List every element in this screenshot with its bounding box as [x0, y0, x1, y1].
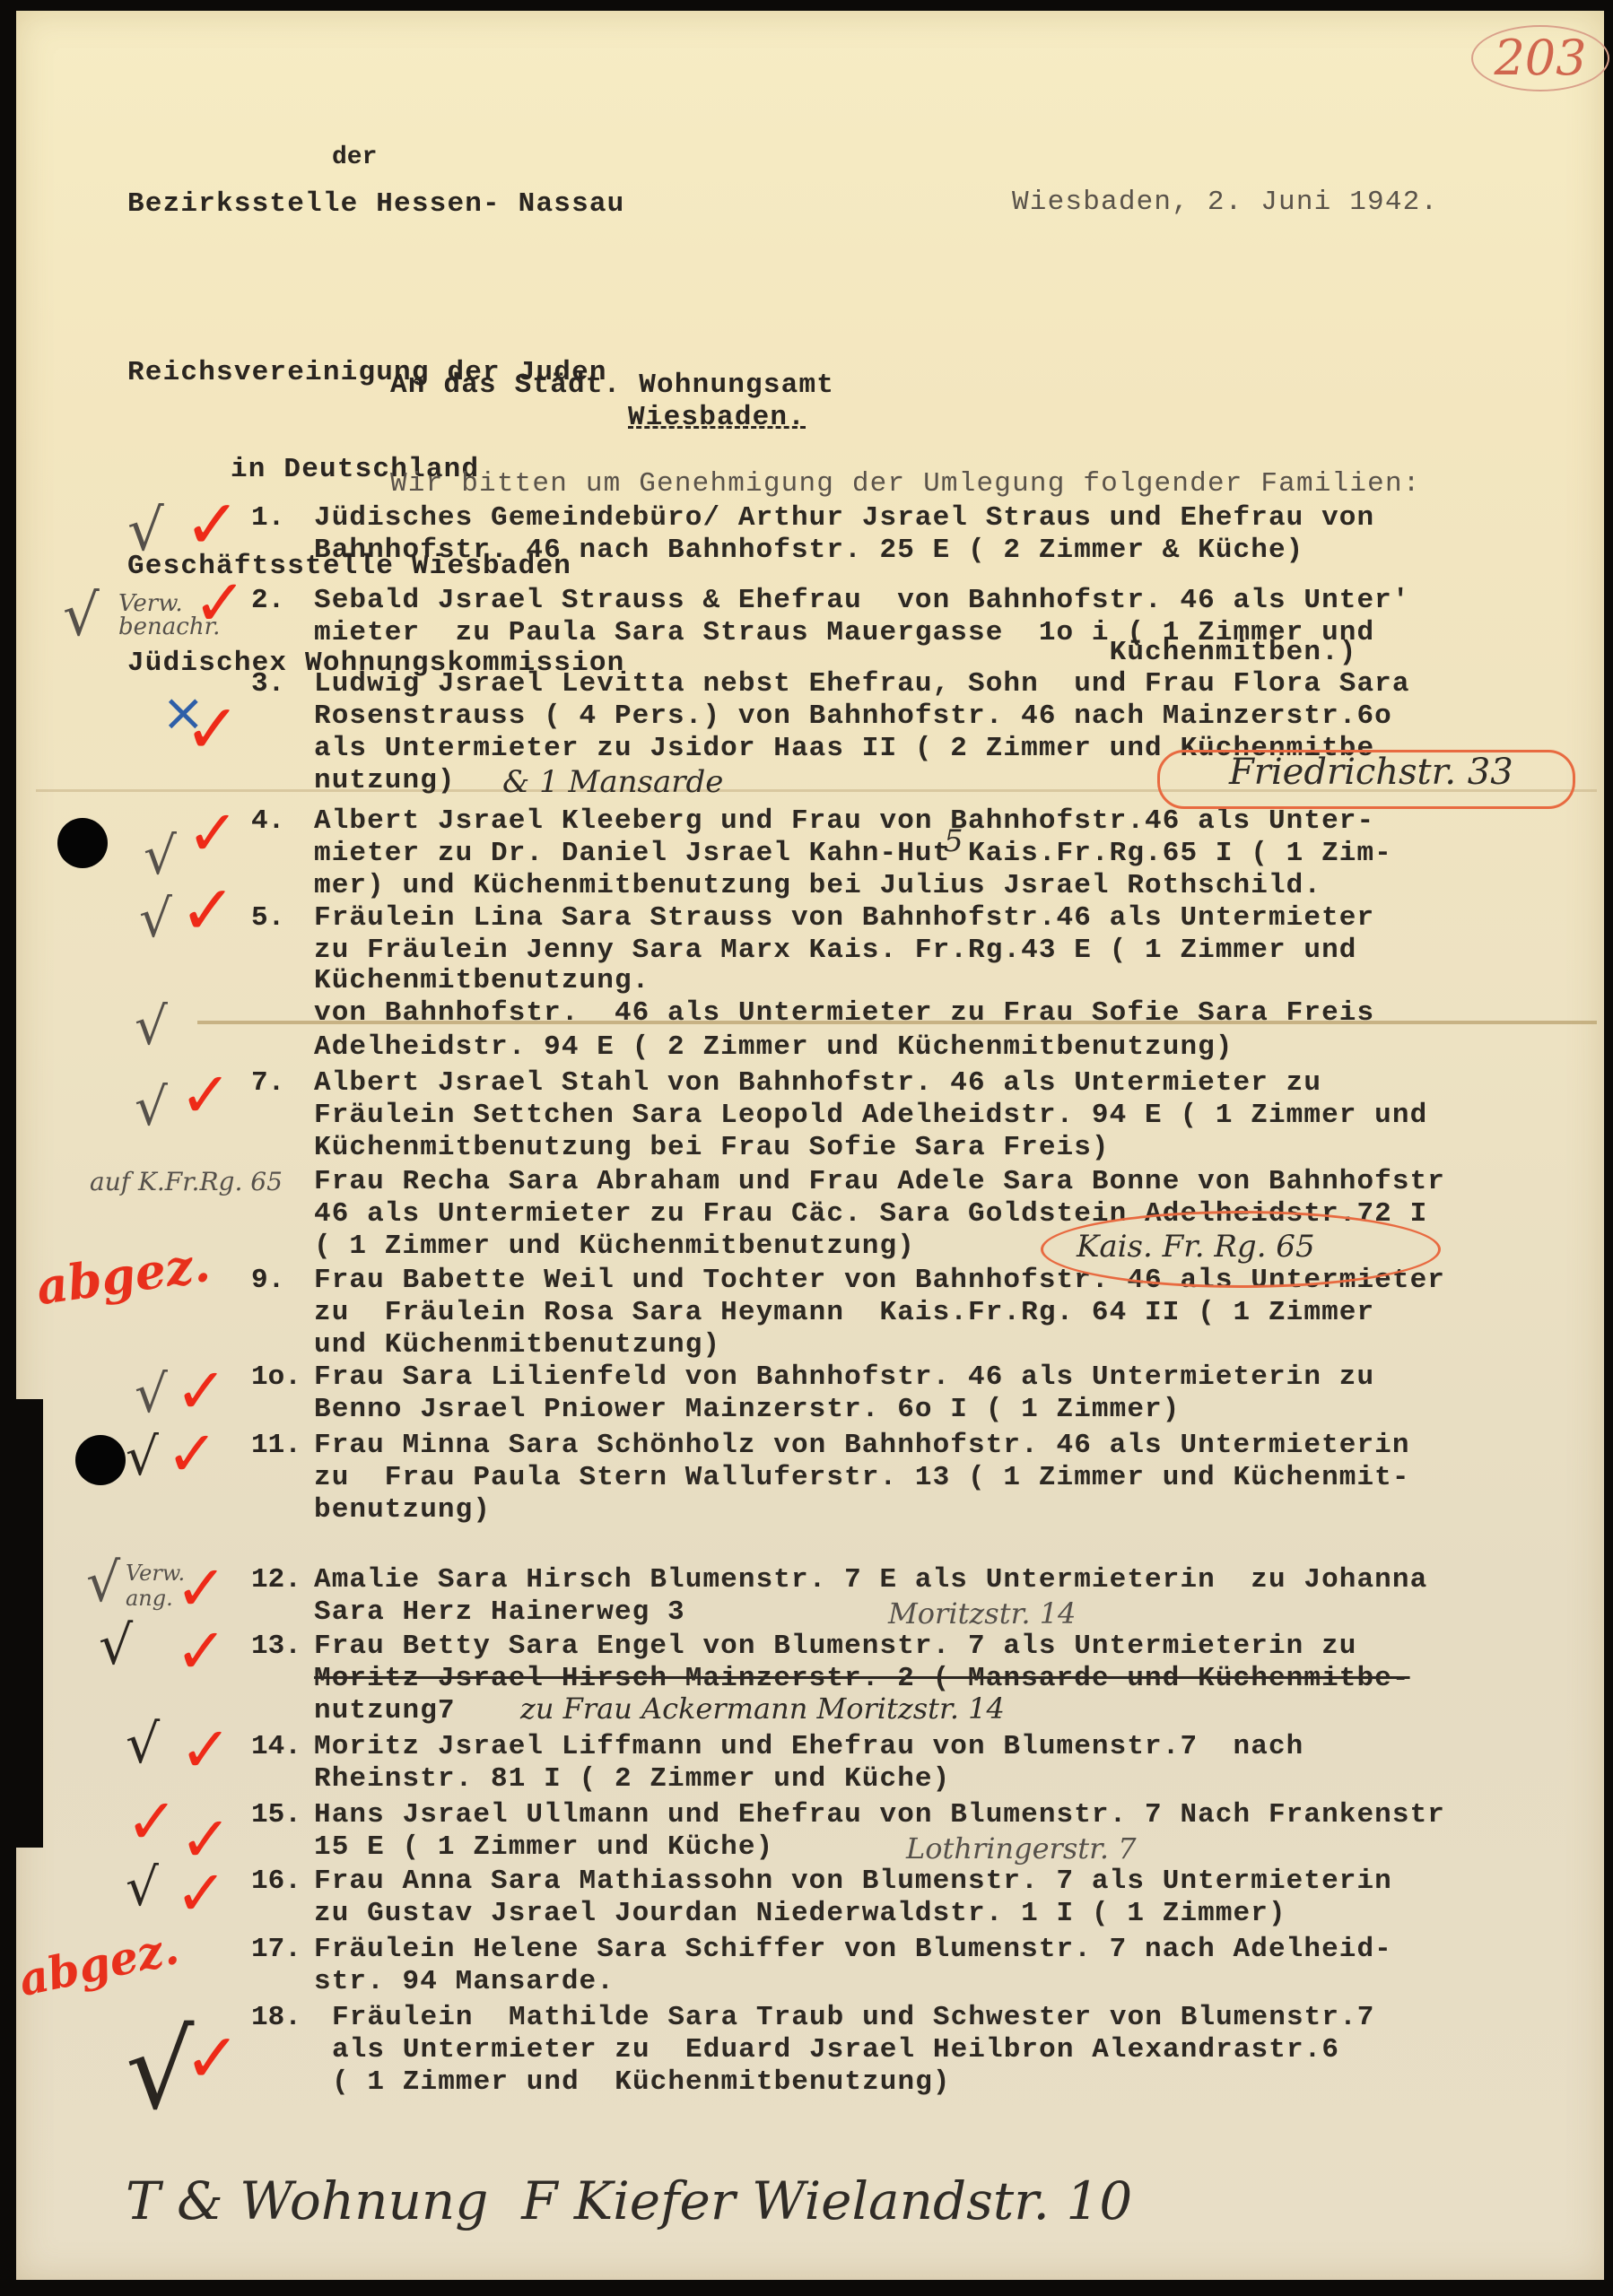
- entry-line: und Küchenmitbenutzung): [314, 1329, 720, 1361]
- entry-line: Moritz Jsrael Hirsch Mainzerstr. 2 ( Man…: [314, 1663, 1410, 1694]
- pencil-check-icon: √: [127, 498, 164, 564]
- intro-text: Wir bitten um Genehmigung der Umlegung f…: [390, 468, 1421, 500]
- red-check-icon: ✓: [193, 565, 247, 640]
- red-check-icon: ✓: [184, 2018, 241, 2098]
- entry-line: Bahnhofstr. 46 nach Bahnhofstr. 25 E ( 2…: [314, 535, 1303, 566]
- red-check-icon: ✓: [184, 689, 241, 769]
- handwritten-correction: 5: [944, 823, 963, 859]
- entry-line: Fräulein Lina Sara Strauss von Bahnhofst…: [314, 902, 1374, 934]
- black-check-icon: √: [99, 1614, 133, 1677]
- entry-line: zu Fräulein Rosa Sara Heymann Kais.Fr.Rg…: [314, 1297, 1374, 1328]
- entry-line: Albert Jsrael Kleeberg und Frau von Bahn…: [314, 805, 1374, 837]
- entry-line: Benno Jsrael Pniower Mainzerstr. 6o I ( …: [314, 1394, 1180, 1425]
- pencil-check-icon: √: [86, 1552, 120, 1614]
- pencil-check-icon: √: [144, 825, 177, 886]
- red-check-icon: ✓: [179, 1058, 232, 1132]
- entry-line: Jüdisches Gemeindebüro/ Arthur Jsrael St…: [314, 502, 1374, 534]
- margin-note: auf K.Fr.Rg. 65: [90, 1166, 287, 1198]
- red-check-icon: ✓: [179, 870, 237, 950]
- pencil-check-icon: √: [139, 888, 172, 949]
- entry-line: 15 E ( 1 Zimmer und Küche): [314, 1831, 773, 1863]
- entry-line: Albert Jsrael Stahl von Bahnhofstr. 46 a…: [314, 1067, 1321, 1099]
- red-check-icon: ✓: [179, 1713, 232, 1787]
- red-check-icon: ✓: [166, 1417, 219, 1491]
- entry-number: 18.: [251, 2002, 301, 2033]
- entry-line: Sebald Jsrael Strauss & Ehefrau von Bahn…: [314, 585, 1410, 616]
- entry-line: Küchenmitben.): [314, 637, 1356, 668]
- entry-line: Fräulein Helene Sara Schiffer von Blumen…: [314, 1934, 1392, 1965]
- letterhead-line: Bezirksstelle Hessen- Nassau: [127, 188, 625, 221]
- handwritten-note: & 1 Mansarde: [502, 764, 723, 800]
- pencil-check-icon: √: [63, 583, 100, 649]
- entry-line: Frau Betty Sara Engel von Blumenstr. 7 a…: [314, 1631, 1356, 1662]
- entry-number: 16.: [251, 1865, 301, 1897]
- entry-number: 2.: [251, 585, 284, 616]
- page-number-stamp: 203: [1471, 25, 1609, 91]
- recipient-line-2: Wiesbaden.: [628, 402, 806, 433]
- entry-number: 4.: [251, 805, 284, 837]
- entry-number: 9.: [251, 1265, 284, 1296]
- entry-line: zu Fräulein Jenny Sara Marx Kais. Fr.Rg.…: [314, 935, 1356, 966]
- entry-line: Amalie Sara Hirsch Blumenstr. 7 E als Un…: [314, 1564, 1427, 1596]
- red-check-icon: ✓: [175, 1857, 228, 1930]
- entry-line: mieter zu Dr. Daniel Jsrael Kahn-Hut Kai…: [314, 838, 1392, 869]
- entry-line: Frau Anna Sara Mathiassohn von Blumenstr…: [314, 1865, 1392, 1897]
- entry-number: 5.: [251, 902, 284, 934]
- entry-number: 12.: [251, 1564, 301, 1596]
- handwritten-note: Moritzstr. 14: [888, 1596, 1076, 1631]
- handwritten-correction: Kais. Fr. Rg. 65: [1077, 1229, 1315, 1265]
- pencil-check-icon: √: [135, 1076, 168, 1137]
- pencil-check-icon: √: [135, 996, 168, 1057]
- entry-line: Küchenmitbenutzung bei Frau Sofie Sara F…: [314, 1132, 1110, 1163]
- entry-number: 3.: [251, 668, 284, 700]
- entry-number: 11.: [251, 1430, 301, 1461]
- punch-hole: [57, 818, 108, 868]
- dateline: Wiesbaden, 2. Juni 1942.: [1012, 187, 1438, 218]
- red-check-icon: ✓: [187, 796, 240, 870]
- entry-line: Moritz Jsrael Liffmann und Ehefrau von B…: [314, 1731, 1303, 1762]
- entry-line: Ludwig Jsrael Levitta nebst Ehefrau, Soh…: [314, 668, 1410, 700]
- black-check-icon: √: [126, 1857, 159, 1918]
- black-check-icon: √: [126, 1713, 160, 1776]
- entry-line: Frau Sara Lilienfeld von Bahnhofstr. 46 …: [314, 1361, 1374, 1393]
- black-check-icon: √: [126, 1426, 159, 1487]
- entry-line: Fräulein Settchen Sara Leopold Adelheids…: [314, 1100, 1427, 1131]
- letterhead-insert: der: [332, 143, 377, 171]
- entry-line: nutzung): [314, 765, 456, 796]
- entry-line: von Bahnhofstr. 46 als Untermieter zu Fr…: [314, 997, 1374, 1029]
- entry-line: als Untermieter zu Eduard Jsrael Heilbro…: [332, 2034, 1339, 2066]
- entry-line: Rheinstr. 81 I ( 2 Zimmer und Küche): [314, 1763, 950, 1795]
- footer-handwritten-note: T & Wohnung F Kiefer Wielandstr. 10: [126, 2170, 1132, 2231]
- handwritten-note: Lothringerstr. 7: [906, 1831, 1137, 1865]
- entry-number: 1.: [251, 502, 284, 534]
- entry-line: Rosenstrauss ( 4 Pers.) von Bahnhofstr. …: [314, 700, 1392, 732]
- handwritten-note: zu Frau Ackermann Moritzstr. 14: [520, 1692, 1005, 1726]
- entry-number: 14.: [251, 1731, 301, 1762]
- entry-line: Frau Minna Sara Schönholz von Bahnhofstr…: [314, 1430, 1410, 1461]
- entry-line: Küchenmitbenutzung.: [314, 965, 650, 996]
- pencil-check-icon: √: [135, 1363, 168, 1424]
- entry-line: nutzung7: [314, 1695, 456, 1726]
- recipient-line-1: An das Städt. Wohnungsamt: [390, 370, 834, 401]
- red-check-icon: ✓: [126, 1785, 179, 1858]
- entry-number: 17.: [251, 1934, 301, 1965]
- handwritten-correction: Friedrichstr. 33: [1229, 752, 1513, 793]
- punch-hole: [75, 1435, 126, 1485]
- entry-line: Fräulein Mathilde Sara Traub und Schwest…: [332, 2002, 1374, 2033]
- torn-edge: [16, 1399, 43, 1848]
- entry-line: zu Gustav Jsrael Jourdan Niederwaldstr. …: [314, 1898, 1286, 1929]
- entry-line: mer) und Küchenmitbenutzung bei Julius J…: [314, 870, 1321, 901]
- red-check-icon: ✓: [184, 484, 241, 564]
- entry-number: 7.: [251, 1067, 284, 1099]
- entry-number: 15.: [251, 1799, 301, 1831]
- entry-line: benutzung): [314, 1494, 491, 1526]
- entry-line: ( 1 Zimmer und Küchenmitbenutzung): [314, 1231, 915, 1262]
- entry-line: Sara Herz Hainerweg 3: [314, 1596, 685, 1628]
- entry-line: str. 94 Mansarde.: [314, 1966, 615, 1997]
- entry-line: Adelheidstr. 94 E ( 2 Zimmer und Küchenm…: [314, 1031, 1234, 1063]
- entry-number: 13.: [251, 1631, 301, 1662]
- red-check-icon: ✓: [175, 1614, 228, 1688]
- entry-number: 1o.: [251, 1361, 301, 1393]
- entry-line: ( 1 Zimmer und Küchenmitbenutzung): [332, 2066, 951, 2098]
- entry-line: zu Frau Paula Stern Walluferstr. 13 ( 1 …: [314, 1462, 1410, 1493]
- entry-line: Hans Jsrael Ullmann und Ehefrau von Blum…: [314, 1799, 1445, 1831]
- entry-line: Frau Recha Sara Abraham und Frau Adele S…: [314, 1166, 1445, 1197]
